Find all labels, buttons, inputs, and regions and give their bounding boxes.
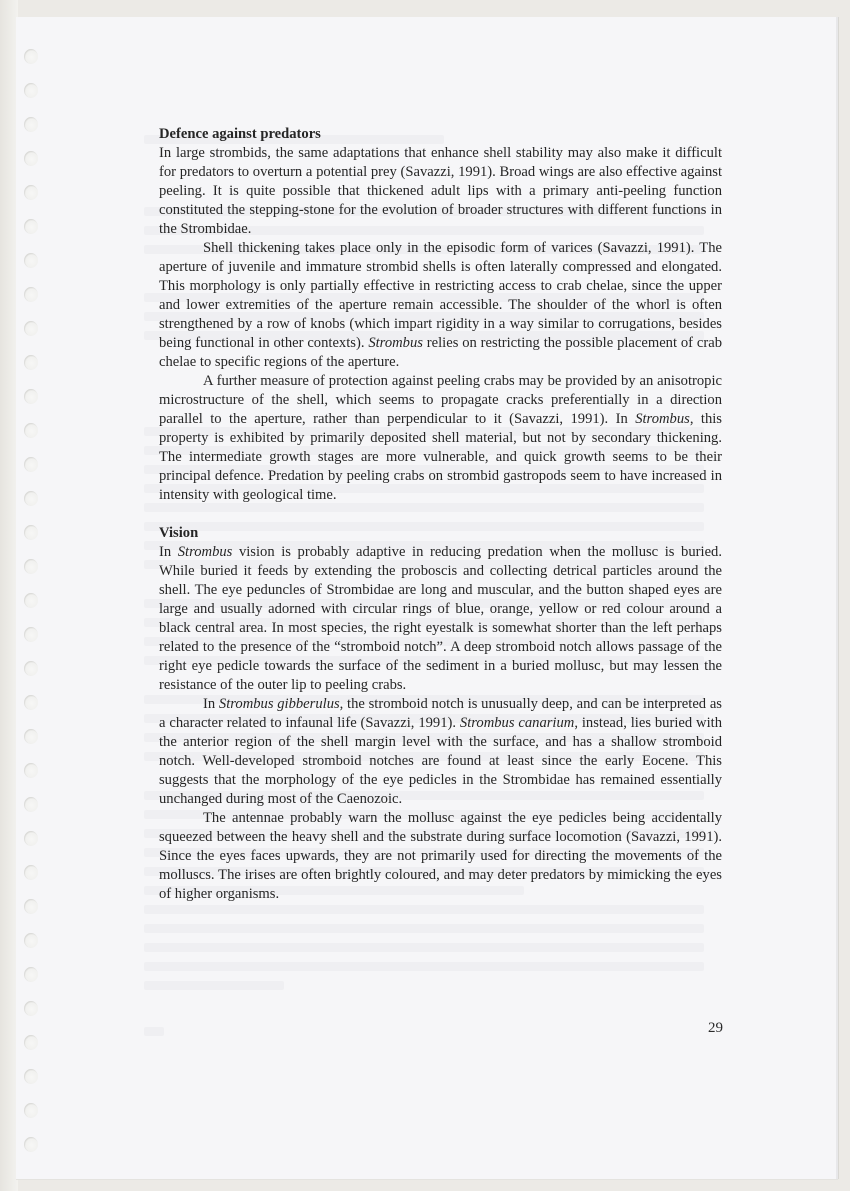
binder-hole bbox=[24, 287, 38, 302]
body-text: Defence against predators In large strom… bbox=[159, 125, 722, 904]
page-number: 29 bbox=[708, 1020, 723, 1037]
binder-hole bbox=[24, 83, 38, 98]
binder-hole bbox=[24, 797, 38, 812]
binder-hole bbox=[24, 525, 38, 540]
binder-hole bbox=[24, 729, 38, 744]
binder-hole bbox=[24, 457, 38, 472]
binder-hole bbox=[24, 933, 38, 948]
binder-hole bbox=[24, 389, 38, 404]
paragraph: The antennae probably warn the mollusc a… bbox=[159, 809, 722, 904]
taxon-name: Strombus bbox=[178, 544, 233, 560]
binder-hole bbox=[24, 661, 38, 676]
taxon-name: Strombus gibberulus bbox=[219, 696, 340, 712]
document-page: Defence against predators In large strom… bbox=[16, 17, 838, 1179]
binder-hole bbox=[24, 763, 38, 778]
binder-hole bbox=[24, 967, 38, 982]
binder-hole bbox=[24, 865, 38, 880]
binder-hole bbox=[24, 899, 38, 914]
bleed-through-line bbox=[144, 924, 704, 933]
binder-hole bbox=[24, 1137, 38, 1152]
taxon-name: Strombus bbox=[635, 411, 690, 427]
binder-hole bbox=[24, 49, 38, 64]
binder-hole bbox=[24, 1103, 38, 1118]
section-heading: Vision bbox=[159, 524, 722, 543]
binder-hole bbox=[24, 1069, 38, 1084]
taxon-name: Strombus canarium bbox=[460, 715, 574, 731]
binder-hole bbox=[24, 593, 38, 608]
bleed-through-line bbox=[144, 981, 284, 990]
binder-hole bbox=[24, 219, 38, 234]
binder-hole bbox=[24, 423, 38, 438]
section-defence-against-predators: Defence against predators In large strom… bbox=[159, 125, 722, 505]
binder-hole bbox=[24, 627, 38, 642]
paragraph: In Strombus vision is probably adaptive … bbox=[159, 543, 722, 695]
bleed-through-line bbox=[144, 943, 704, 952]
bleed-through-line bbox=[144, 962, 704, 971]
binder-hole bbox=[24, 355, 38, 370]
binder-hole bbox=[24, 117, 38, 132]
paragraph: In large strombids, the same adaptations… bbox=[159, 144, 722, 239]
binder-hole bbox=[24, 1001, 38, 1016]
binder-hole bbox=[24, 831, 38, 846]
binder-hole bbox=[24, 185, 38, 200]
taxon-name: Strombus bbox=[368, 335, 423, 351]
paragraph: A further measure of protection against … bbox=[159, 372, 722, 505]
binder-hole bbox=[24, 491, 38, 506]
binder-holes bbox=[16, 17, 56, 1179]
section-heading: Defence against predators bbox=[159, 125, 722, 144]
binder-hole bbox=[24, 151, 38, 166]
binder-hole bbox=[24, 253, 38, 268]
bleed-through-line bbox=[144, 1027, 164, 1036]
paragraph: Shell thickening takes place only in the… bbox=[159, 239, 722, 372]
binder-hole bbox=[24, 321, 38, 336]
paragraph: In Strombus gibberulus, the stromboid no… bbox=[159, 695, 722, 809]
section-vision: Vision In Strombus vision is probably ad… bbox=[159, 524, 722, 904]
binder-hole bbox=[24, 1035, 38, 1050]
bleed-through-line bbox=[144, 905, 704, 914]
section-spacer bbox=[159, 505, 722, 524]
binder-hole bbox=[24, 559, 38, 574]
binder-hole bbox=[24, 695, 38, 710]
